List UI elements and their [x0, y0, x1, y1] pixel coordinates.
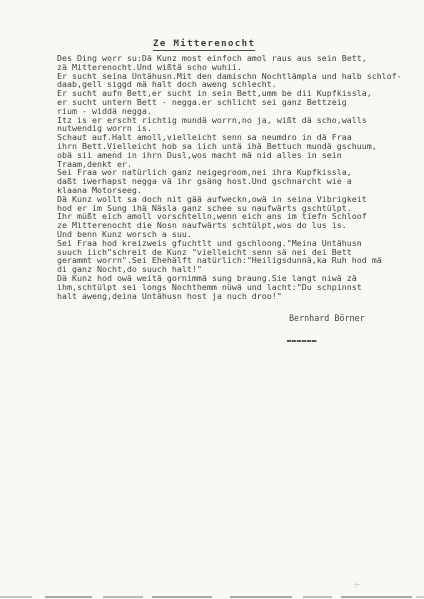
scan-line-segment: [45, 596, 92, 598]
scan-line-segment: [230, 596, 292, 598]
scan-line-segment: [103, 596, 143, 598]
scan-line-segment: [303, 596, 332, 598]
scanned-page: Ze Mitterenocht Des Ding worr su:Dä Kunz…: [0, 0, 424, 599]
scan-line-segment: [152, 596, 212, 598]
faint-plus-mark: [354, 582, 360, 588]
document-body: Des Ding worr su:Dä Kunz most einfoch am…: [57, 54, 417, 300]
author-signature: Bernhard Börner: [289, 313, 365, 323]
signature-dash-mark: [287, 340, 317, 342]
scan-line-segment: [416, 596, 424, 598]
text-line: halt aweng,deina Untähusn host ja nuch d…: [57, 292, 417, 301]
document-title: Ze Mitterenocht: [153, 39, 255, 51]
scan-edge-artifact: [0, 595, 424, 599]
scan-line-segment: [0, 596, 32, 598]
scan-line-segment: [341, 596, 412, 598]
